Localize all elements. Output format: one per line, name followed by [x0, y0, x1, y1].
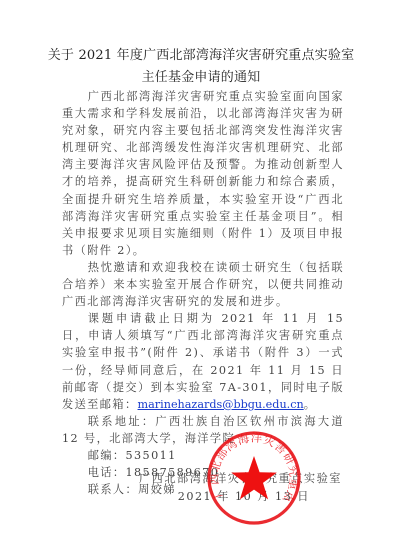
- paragraph-intro: 广西北部湾海洋灾害研究重点实验室面向国家重大需求和学科发展前沿，以北部湾海洋灾害…: [62, 88, 344, 259]
- paragraph-deadline: 课题申请截止日期为 2021 年 11 月 15 日，申请人须填写“广西北部湾海…: [62, 310, 344, 413]
- official-seal-icon: 广西北部湾海洋灾害研究重点实验室: [206, 430, 302, 526]
- email-suffix: 。: [304, 398, 317, 411]
- email-link[interactable]: marinehazards@bbgu.edu.cn: [138, 398, 304, 411]
- document-title-line1: 关于 2021 年度广西北部湾海洋灾害研究重点实验室: [0, 44, 402, 63]
- document-title-line2: 主任基金申请的通知: [0, 66, 402, 85]
- star-icon: [231, 456, 277, 499]
- paragraph-invitation: 热忱邀请和欢迎我校在读硕士研究生（包括联合培养）来本实验室开展合作研究，以便共同…: [62, 259, 344, 310]
- deadline-text: 课题申请截止日期为 2021 年 11 月 15 日，申请人须填写“广西北部湾海…: [62, 312, 344, 410]
